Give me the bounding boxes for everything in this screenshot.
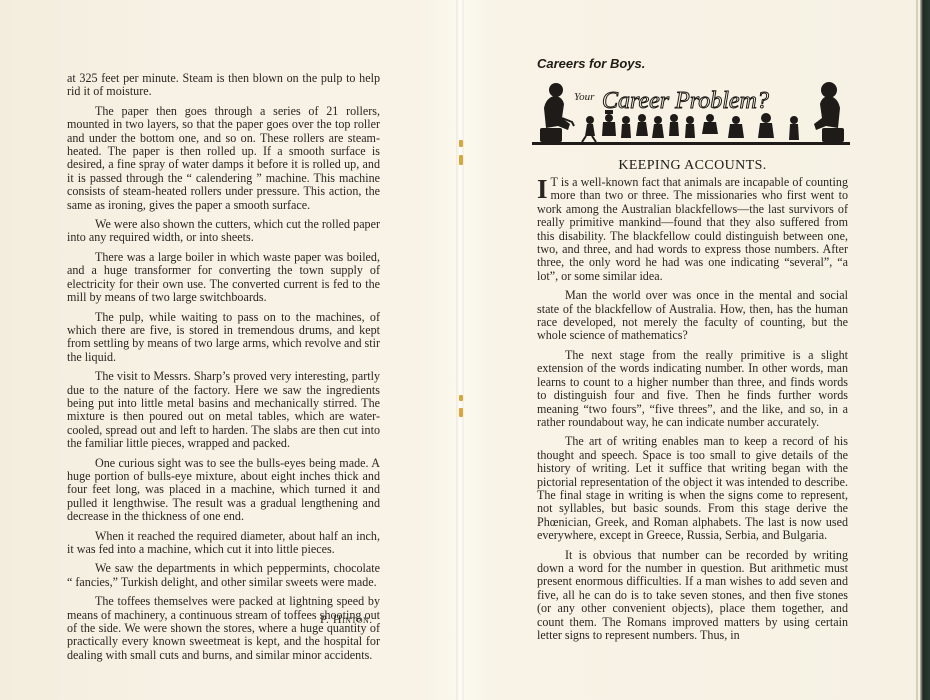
running-head: Careers for Boys. — [537, 56, 645, 71]
svg-text:Your: Your — [574, 91, 595, 103]
svg-text:Career Problem?: Career Problem? — [602, 88, 769, 114]
paragraph: Man the world over was once in the menta… — [537, 289, 848, 343]
staple-icon — [459, 140, 463, 147]
paragraph: We saw the departments in which peppermi… — [67, 562, 380, 589]
staple-icon — [459, 155, 463, 165]
career-problem-banner: Your Career Problem? — [532, 78, 852, 148]
paragraph-text: T is a well-known fact that animals are … — [537, 175, 848, 283]
paragraph: One curious sight was to see the bulls-e… — [67, 457, 380, 524]
section-title: KEEPING ACCOUNTS. — [537, 158, 848, 174]
staple-icon — [459, 395, 463, 401]
book-gutter — [456, 0, 464, 700]
page-edge — [916, 0, 918, 700]
drop-cap: I — [537, 178, 548, 200]
paragraph: IT is a well-known fact that animals are… — [537, 176, 848, 283]
paragraph: The toffees themselves were packed at li… — [67, 595, 380, 662]
left-page-body: at 325 feet per minute. Steam is then bl… — [67, 72, 380, 668]
author-signature: P. Hinton. — [320, 612, 373, 627]
paragraph: It is obvious that number can be recorde… — [537, 549, 848, 643]
paragraph: There was a large boiler in which waste … — [67, 251, 380, 305]
banner-illustration-icon: Your Career Problem? — [532, 78, 852, 148]
paragraph: When it reached the required diameter, a… — [67, 530, 380, 557]
paragraph: The art of writing enables man to keep a… — [537, 435, 848, 542]
paragraph: We were also shown the cutters, which cu… — [67, 218, 380, 245]
staple-icon — [459, 408, 463, 417]
paragraph: The paper then goes through a series of … — [67, 105, 380, 212]
paragraph: The visit to Messrs. Sharp’s proved very… — [67, 370, 380, 450]
paragraph: The next stage from the really primitive… — [537, 349, 848, 429]
book-spread: at 325 feet per minute. Steam is then bl… — [0, 0, 930, 700]
background-edge — [920, 0, 930, 700]
paragraph: The pulp, while waiting to pass on to th… — [67, 311, 380, 365]
right-page-body: IT is a well-known fact that animals are… — [537, 176, 848, 648]
paragraph: at 325 feet per minute. Steam is then bl… — [67, 72, 380, 99]
